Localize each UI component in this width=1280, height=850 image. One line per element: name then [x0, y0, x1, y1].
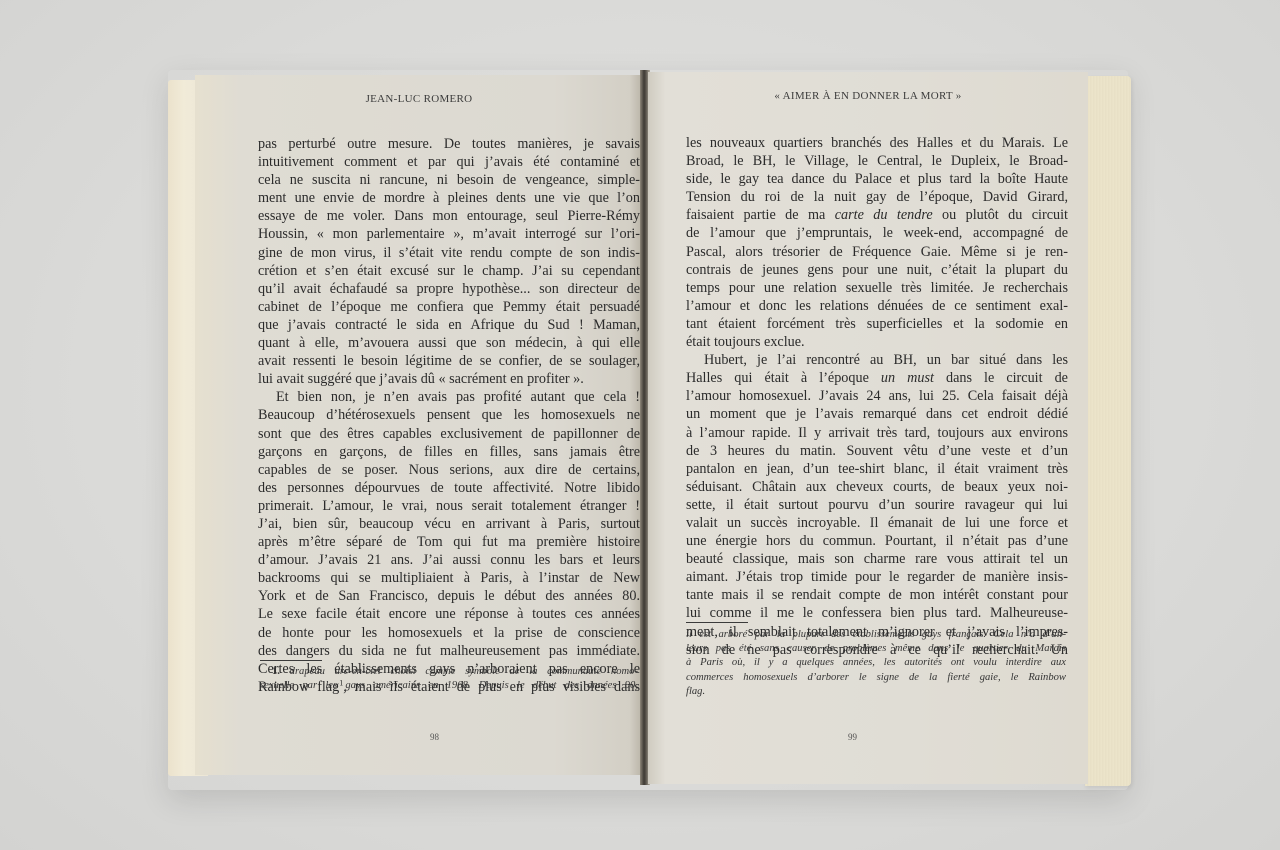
text-line: Et bien non, je n’en avais pas profité a… [258, 388, 640, 406]
text-line: primerait. L’amour, le vrai, nous serait… [258, 497, 640, 515]
footnote-line: à Paris où, il y a quelques années, les … [686, 656, 1066, 670]
text-line: que j’avais contracté le sida en Afrique… [258, 316, 640, 334]
text-line: était toujours exclue. [686, 333, 1068, 351]
running-head-chapter: « AIMER À EN DONNER LA MORT » [648, 90, 1088, 102]
text-line: après m’être séparé de Tom qui fut ma pr… [258, 533, 640, 551]
text-line: d’amour. J’avais 21 ans. J’ai aussi conn… [258, 551, 640, 569]
text-line: cela ne suscita ni rancune, ni besoin de… [258, 171, 640, 189]
text-line: essaye de me voler. Dans mon entourage, … [258, 207, 640, 225]
text-line: de l’amour que j’empruntais, le week-end… [686, 224, 1068, 242]
left-page-body: pas perturbé outre mesure. De toutes man… [258, 135, 640, 696]
footnote-divider [260, 660, 322, 661]
text-line: ment une envie de mordre à pleines dents… [258, 189, 640, 207]
footnote-line: leurs pas été sans causer de problèmes m… [686, 642, 1066, 656]
text-line: York et de San Francisco, depuis le débu… [258, 587, 640, 605]
footnote-line: flag. [686, 685, 1066, 699]
italic-phrase: carte du tendre [835, 207, 933, 223]
text-line: temps pour une relation sexuelle très li… [686, 279, 1068, 297]
text-line: faisaient partie de ma carte du tendre o… [686, 206, 1068, 224]
text-line: à l’amour rapide. Il y arrivait très tar… [686, 424, 1068, 442]
text-line: Pascal, alors trésorier de Fréquence Gai… [686, 243, 1068, 261]
footnote-line: il est arboré par la plupart des établis… [686, 628, 1066, 642]
footnote-divider [686, 622, 748, 623]
italic-phrase: un must [881, 370, 934, 386]
footnote-line: sexuelle par les gays américains en 1968… [260, 679, 638, 693]
text-line: de honte pour les homosexuels et la pris… [258, 624, 640, 642]
running-head-author: JEAN-LUC ROMERO [195, 93, 643, 105]
footnote-line: 1. drapeau arc-en-ciel choisi comme symb… [260, 665, 638, 679]
text-line: lui avait suggéré que j’avais dû « sacré… [258, 370, 640, 388]
text-line: beauté classique, mais son charme rare v… [686, 550, 1068, 568]
text-fragment: Halles qui était à l’époque [686, 370, 881, 386]
text-line: Houssin, « mon parlementaire », m’avait … [258, 225, 640, 243]
text-fragment: dans le circuit de [934, 370, 1068, 386]
text-line: garçons en garçons, de filles en filles,… [258, 443, 640, 461]
text-line: l’amour et donc les relations dénuées de… [686, 297, 1068, 315]
text-line: Tension du roi de la nuit gay de l’époqu… [686, 188, 1068, 206]
text-line: Hubert, je l’ai rencontré au BH, un bar … [686, 351, 1068, 369]
text-line: contrais de jeunes gens pour une nuit, c… [686, 261, 1068, 279]
footnote-text: drapeau arc-en-ciel choisi comme symbole… [290, 666, 638, 677]
page-number: 98 [430, 732, 439, 742]
text-line: pantalon en jean, d’un tee-shirt blanc, … [686, 460, 1068, 478]
text-line: de 3 heures du matin. Souvent vêtu d’une… [686, 442, 1068, 460]
text-line: J’ai, bien sûr, beaucoup vécu en arrivan… [258, 515, 640, 533]
right-page: « AIMER À EN DONNER LA MORT » les nouvea… [648, 72, 1088, 784]
footnote-continuation: il est arboré par la plupart des établis… [686, 628, 1066, 699]
text-line: avait ressenti le besoin légitime de se … [258, 352, 640, 370]
footnote-line: commerces homosexuels d’arborer le signe… [686, 671, 1066, 685]
text-line: l’amour homosexuel. J’avais 24 ans, lui … [686, 387, 1068, 405]
text-line: qu’il avait échafaudé sa propre hypothès… [258, 280, 640, 298]
text-line: crétion et s’en était excusé sur le cham… [258, 262, 640, 280]
text-line: capables de se poser. Nous serions, aux … [258, 461, 640, 479]
text-line: Halles qui était à l’époque un must dans… [686, 369, 1068, 387]
text-line: lui comme il me le confessera bien plus … [686, 604, 1068, 622]
text-line: tante mais il se rendait compte de mon i… [686, 586, 1068, 604]
text-line: side, le gay tea dance du Palace et plus… [686, 170, 1068, 188]
text-line: une énergie hors du commun. Pourtant, il… [686, 532, 1068, 550]
right-page-body: les nouveaux quartiers branchés des Hall… [686, 134, 1068, 659]
text-line: intuitivement comment et par qui j’avais… [258, 153, 640, 171]
text-fragment: ou plutôt du circuit [933, 207, 1068, 223]
text-line: quant à elle, m’avouera aussi que son mé… [258, 334, 640, 352]
page-number: 99 [848, 732, 857, 742]
text-line: valait un succès incroyable. Il émanait … [686, 514, 1068, 532]
text-line: sette, il était surtout pourvu d’un sour… [686, 496, 1068, 514]
text-line: backrooms qui se multipliaient à Paris, … [258, 569, 640, 587]
text-line: cabinet de l’époque me confiera que Pemm… [258, 298, 640, 316]
text-line: gine de mon virus, il s’était vite rendu… [258, 244, 640, 262]
footnote: 1. drapeau arc-en-ciel choisi comme symb… [260, 665, 638, 693]
text-line: Broad, le BH, le Village, le Central, le… [686, 152, 1068, 170]
text-line: sont que des êtres capables exclusivemen… [258, 425, 640, 443]
text-line: des dangers du sida ne fut malheureuseme… [258, 642, 640, 660]
text-line: les nouveaux quartiers branchés des Hall… [686, 134, 1068, 152]
text-line: pas perturbé outre mesure. De toutes man… [258, 135, 640, 153]
text-line: aimant. J’étais trop timide pour le rega… [686, 568, 1068, 586]
text-line: tant étaient forcément très superficiell… [686, 315, 1068, 333]
left-page: JEAN-LUC ROMERO pas perturbé outre mesur… [195, 75, 643, 775]
footnote-number: 1. [272, 666, 280, 677]
right-page-stack-edge [1085, 76, 1131, 786]
text-line: Beaucoup d’hétérosexuels pensent que les… [258, 406, 640, 424]
text-fragment: faisaient partie de ma [686, 207, 835, 223]
text-line: un moment que je l’avais remarqué dans c… [686, 405, 1068, 423]
text-line: Le sexe facile était encore une réponse … [258, 605, 640, 623]
text-line: séduisant. Châtain aux cheveux courts, d… [686, 478, 1068, 496]
text-line: des personnes dépourvues de toute affect… [258, 479, 640, 497]
